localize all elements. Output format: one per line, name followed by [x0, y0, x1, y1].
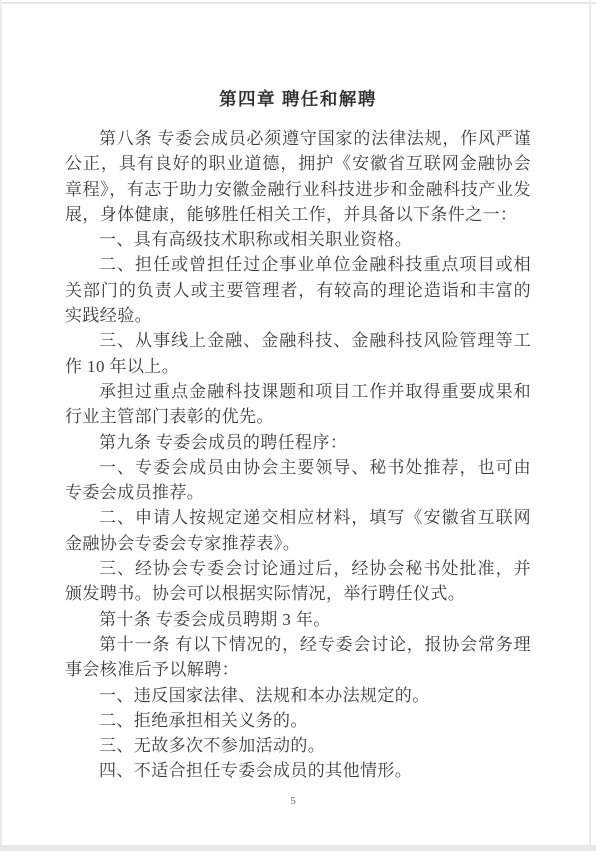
- paragraph: 三、无故多次不参加活动的。: [65, 733, 531, 758]
- paragraph: 一、违反国家法律、法规和本办法规定的。: [65, 683, 531, 708]
- paragraph: 二、担任或曾担任过企事业单位金融科技重点项目或相关部门的负责人或主要管理者，有较…: [65, 252, 531, 328]
- paragraph: 三、经协会专委会讨论通过后，经协会秘书处批准，并颁发聘书。协会可以根据实际情况，…: [65, 556, 531, 607]
- paragraph: 第九条 专委会成员的聘任程序：: [65, 430, 531, 455]
- scan-edge-left: [0, 0, 2, 851]
- paragraph: 一、专委会成员由协会主要领导、秘书处推荐，也可由专委会成员推荐。: [65, 455, 531, 506]
- scan-edge-right: [589, 0, 591, 851]
- page-number: 5: [0, 795, 586, 807]
- paragraph: 第十一条 有以下情况的，经专委会讨论，报协会常务理事会核准后予以解聘：: [65, 632, 531, 683]
- paragraph: 第八条 专委会成员必须遵守国家的法律法规，作风严谨公正，具有良好的职业道德，拥护…: [65, 126, 531, 227]
- scan-edge-top: [0, 2, 596, 4]
- paragraph: 一、具有高级技术职称或相关职业资格。: [65, 227, 531, 252]
- scan-edge-bottom: [0, 845, 596, 851]
- paragraph: 二、拒绝承担相关义务的。: [65, 708, 531, 733]
- paragraph: 承担过重点金融科技课题和项目工作并取得重要成果和行业主管部门表彰的优先。: [65, 379, 531, 430]
- paragraph: 三、从事线上金融、金融科技、金融科技风险管理等工作 10 年以上。: [65, 328, 531, 379]
- paragraph: 四、不适合担任专委会成员的其他情形。: [65, 758, 531, 783]
- document-body: 第八条 专委会成员必须遵守国家的法律法规，作风严谨公正，具有良好的职业道德，拥护…: [65, 126, 531, 784]
- page-content: 第四章 聘任和解聘 第八条 专委会成员必须遵守国家的法律法规，作风严谨公正，具有…: [65, 86, 531, 784]
- scanned-document-page: 第四章 聘任和解聘 第八条 专委会成员必须遵守国家的法律法规，作风严谨公正，具有…: [0, 0, 596, 851]
- paragraph: 第十条 专委会成员聘期 3 年。: [65, 607, 531, 632]
- chapter-title: 第四章 聘任和解聘: [65, 86, 531, 111]
- paragraph: 二、申请人按规定递交相应材料，填写《安徽省互联网金融协会专委会专家推荐表》。: [65, 505, 531, 556]
